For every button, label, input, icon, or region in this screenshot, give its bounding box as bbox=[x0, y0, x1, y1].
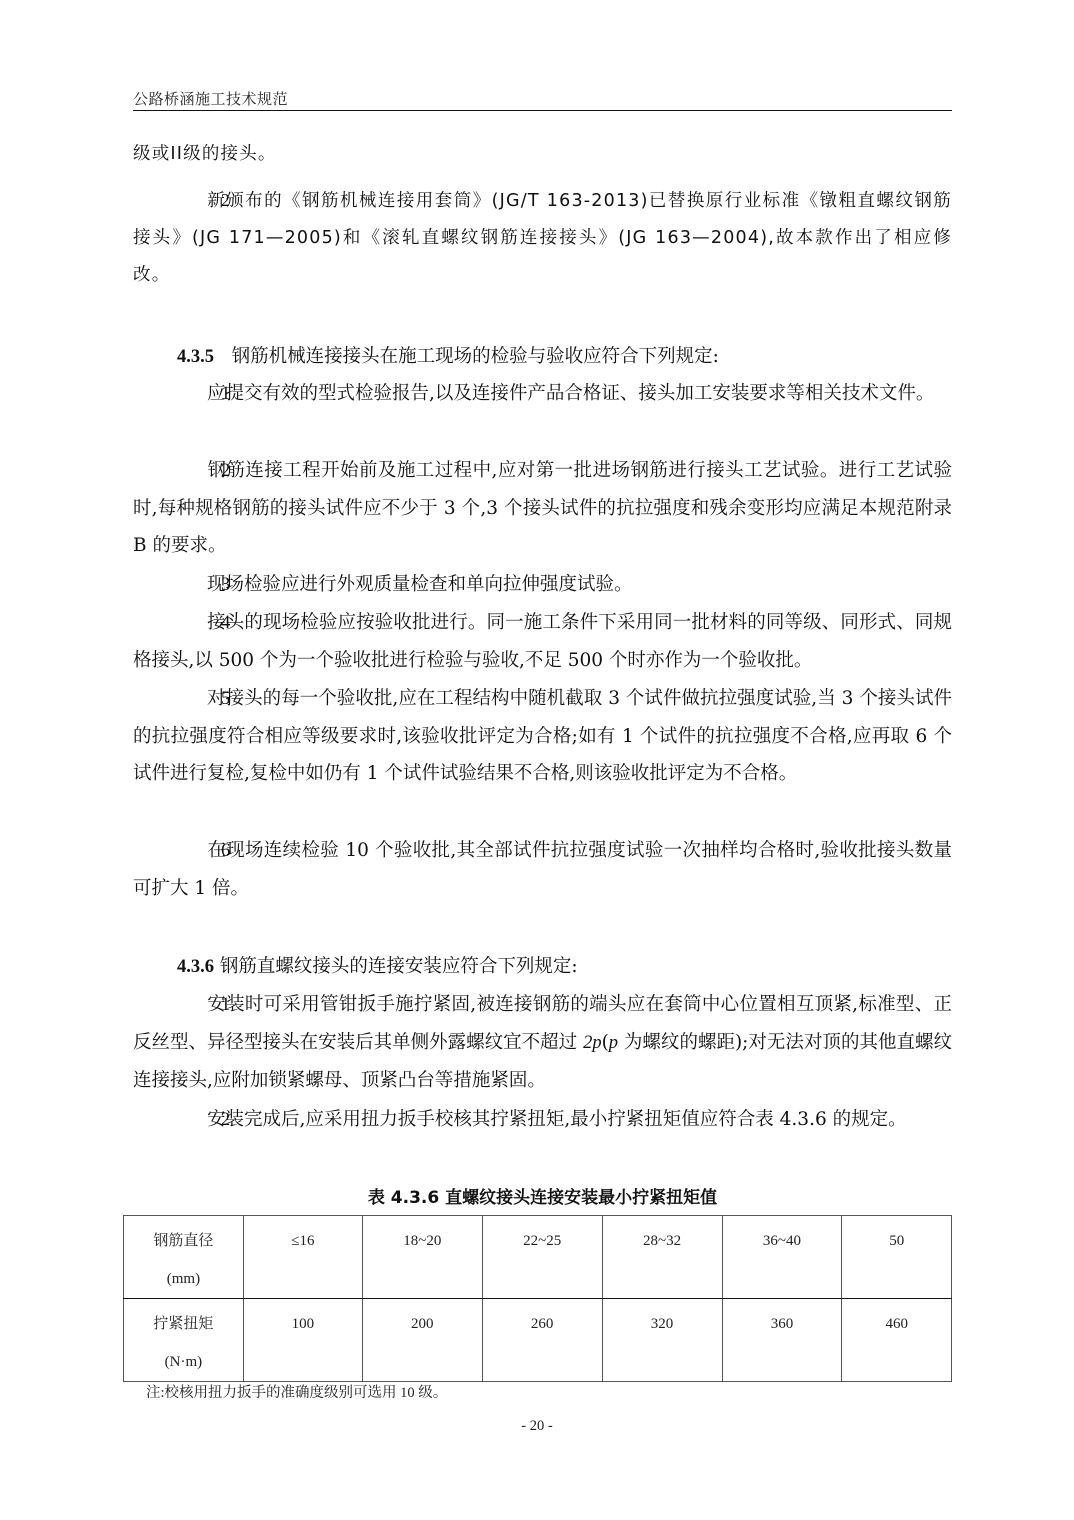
clause-item-1: 1安装时可采用管钳扳手施拧紧固,被连接钢筋的端头应在套筒中心位置相互顶紧,标准型… bbox=[133, 986, 952, 1099]
row-header-unit: (mm) bbox=[126, 1260, 241, 1298]
item-text: 对接头的每一个验收批,应在工程结构中随机截取 3 个试件做抗拉强度试验,当 3 … bbox=[133, 688, 952, 784]
section-heading-4-3-5: 4.3.5 钢筋机械连接接头在施工现场的检验与验收应符合下列规定: bbox=[133, 338, 952, 376]
clause-item-5: 5对接头的每一个验收批,应在工程结构中随机截取 3 个试件做抗拉强度试验,当 3… bbox=[133, 680, 952, 792]
clause-item-1: 1应提交有效的型式检验报告,以及连接件产品合格证、接头加工安装要求等相关技术文件… bbox=[133, 375, 952, 413]
row-header-label: 拧紧扭矩 bbox=[126, 1305, 241, 1343]
header-rule bbox=[133, 110, 952, 111]
item-number: 2 bbox=[177, 182, 207, 219]
table-cell: 28~32 bbox=[602, 1216, 722, 1299]
table-cell: 100 bbox=[243, 1299, 362, 1382]
section-heading-4-3-6: 4.3.6 钢筋直螺纹接头的连接安装应符合下列规定: bbox=[133, 948, 952, 986]
pitch-variable: p bbox=[609, 1033, 618, 1053]
clause-item-3: 3现场检验应进行外观质量检查和单向拉伸强度试验。 bbox=[133, 566, 952, 604]
section-number: 4.3.6 bbox=[177, 957, 214, 977]
commentary-item-2: 2新颁布的《钢筋机械连接用套筒》(JG/T 163-2013)已替换原行业标准《… bbox=[133, 182, 952, 294]
item-number: 2 bbox=[177, 453, 207, 490]
table-cell: ≤16 bbox=[243, 1216, 362, 1299]
clause-item-4: 4接头的现场检验应按验收批进行。同一施工条件下采用同一批材料的同等级、同形式、同… bbox=[133, 604, 952, 679]
clause-item-6: 6在现场连续检验 10 个验收批,其全部试件抗拉强度试验一次抽样均合格时,验收批… bbox=[133, 832, 952, 907]
table-cell: 22~25 bbox=[482, 1216, 602, 1299]
item-number: 4 bbox=[177, 605, 207, 642]
clause-item-2: 2安装完成后,应采用扭力扳手校核其拧紧扭矩,最小拧紧扭矩值应符合表 4.3.6 … bbox=[133, 1101, 952, 1139]
item-text: 新颁布的《钢筋机械连接用套筒》(JG/T 163-2013)已替换原行业标准《镦… bbox=[133, 191, 952, 285]
item-number: 3 bbox=[177, 567, 207, 604]
section-title: 钢筋机械连接接头在施工现场的检验与验收应符合下列规定: bbox=[232, 346, 719, 367]
item-number: 5 bbox=[177, 681, 207, 718]
row-header-label: 钢筋直径 bbox=[126, 1222, 241, 1260]
row-header-unit: (N·m) bbox=[126, 1343, 241, 1381]
commentary-continuation: 级或II级的接头。 bbox=[133, 136, 952, 173]
table-caption: 表 4.3.6 直螺纹接头连接安装最小拧紧扭矩值 bbox=[133, 1183, 952, 1208]
item-text: 接头的现场检验应按验收批进行。同一施工条件下采用同一批材料的同等级、同形式、同规… bbox=[133, 612, 952, 671]
item-number: 1 bbox=[177, 376, 207, 413]
item-text: 在现场连续检验 10 个验收批,其全部试件抗拉强度试验一次抽样均合格时,验收批接… bbox=[133, 840, 952, 899]
clause-item-2: 2钢筋连接工程开始前及施工过程中,应对第一批进场钢筋进行接头工艺试验。进行工艺试… bbox=[133, 452, 952, 564]
item-text: 现场检验应进行外观质量检查和单向拉伸强度试验。 bbox=[207, 574, 633, 595]
item-text: 安装完成后,应采用扭力扳手校核其拧紧扭矩,最小拧紧扭矩值应符合表 4.3.6 的… bbox=[207, 1109, 907, 1130]
page-number: - 20 - bbox=[0, 1418, 1074, 1435]
item-number: 1 bbox=[177, 987, 207, 1024]
torque-table: 钢筋直径 (mm) ≤16 18~20 22~25 28~32 36~40 50… bbox=[123, 1215, 952, 1382]
item-text: ( bbox=[602, 1032, 609, 1053]
section-title: 钢筋直螺纹接头的连接安装应符合下列规定: bbox=[220, 956, 578, 977]
table-cell: 36~40 bbox=[722, 1216, 842, 1299]
table-cell: 18~20 bbox=[362, 1216, 482, 1299]
table-cell: 260 bbox=[482, 1299, 602, 1382]
item-number: 2 bbox=[177, 1102, 207, 1139]
table-cell: 360 bbox=[722, 1299, 842, 1382]
item-number: 6 bbox=[177, 833, 207, 870]
running-header-title: 公路桥涵施工技术规范 bbox=[133, 88, 288, 109]
document-page: 公路桥涵施工技术规范 级或II级的接头。 2新颁布的《钢筋机械连接用套筒》(JG… bbox=[0, 0, 1074, 1520]
table-row: 钢筋直径 (mm) ≤16 18~20 22~25 28~32 36~40 50 bbox=[124, 1216, 952, 1299]
table-cell: 200 bbox=[362, 1299, 482, 1382]
table-note: 注:校核用扭力扳手的准确度级别可选用 10 级。 bbox=[146, 1381, 447, 1402]
table-row: 拧紧扭矩 (N·m) 100 200 260 320 360 460 bbox=[124, 1299, 952, 1382]
row-header: 钢筋直径 (mm) bbox=[124, 1216, 244, 1299]
pitch-expression: 2p bbox=[583, 1033, 602, 1053]
item-text: 钢筋连接工程开始前及施工过程中,应对第一批进场钢筋进行接头工艺试验。进行工艺试验… bbox=[133, 460, 952, 556]
item-text: 应提交有效的型式检验报告,以及连接件产品合格证、接头加工安装要求等相关技术文件。 bbox=[207, 383, 934, 404]
table-cell: 460 bbox=[842, 1299, 952, 1382]
section-number: 4.3.5 bbox=[177, 347, 214, 367]
table-cell: 320 bbox=[602, 1299, 722, 1382]
row-header: 拧紧扭矩 (N·m) bbox=[124, 1299, 244, 1382]
table-cell: 50 bbox=[842, 1216, 952, 1299]
